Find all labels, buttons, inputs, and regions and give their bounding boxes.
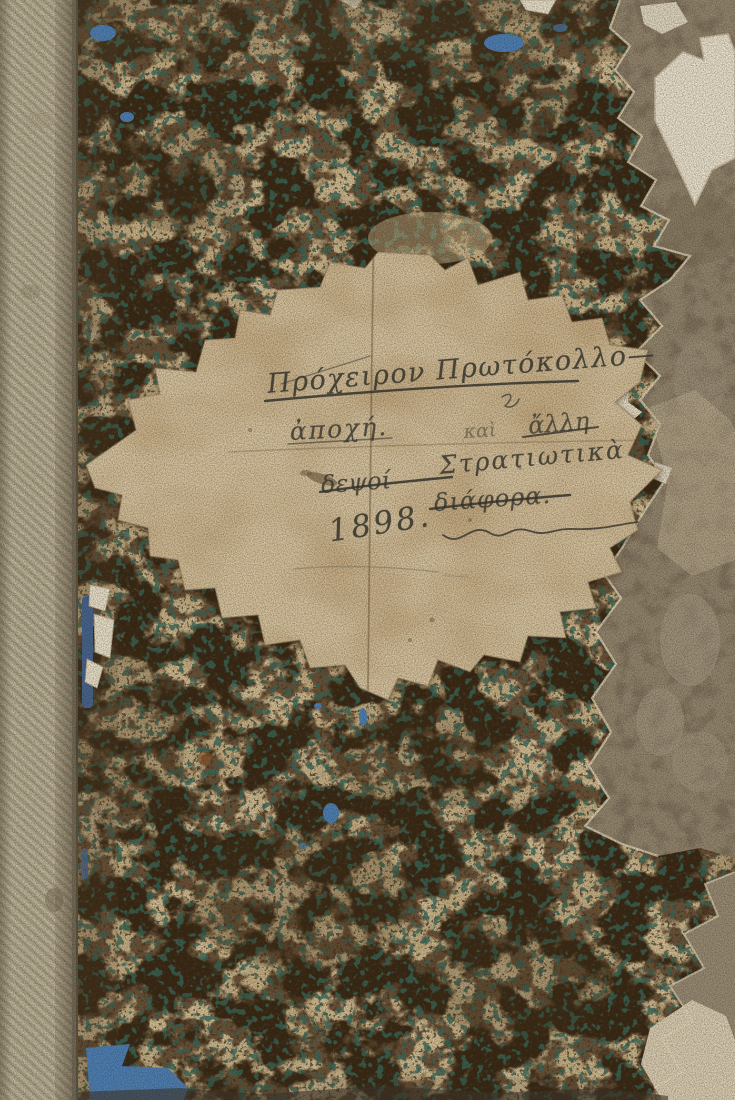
photo-grain [0,0,735,1100]
book-cover-art [0,0,735,1100]
handwriting-line-2-word-1: ἀποχή. [289,412,389,446]
archival-book-cover-photo: Πρόχειρον Πρωτόκολλο— ἀποχή. καὶ ἄλλη δε… [0,0,735,1100]
handwriting-line-3-word-1: δεψοί [320,466,392,499]
handwriting-line-2-word-3: ἄλλη [527,407,590,440]
handwriting-line-2-word-2: καὶ [463,419,497,443]
